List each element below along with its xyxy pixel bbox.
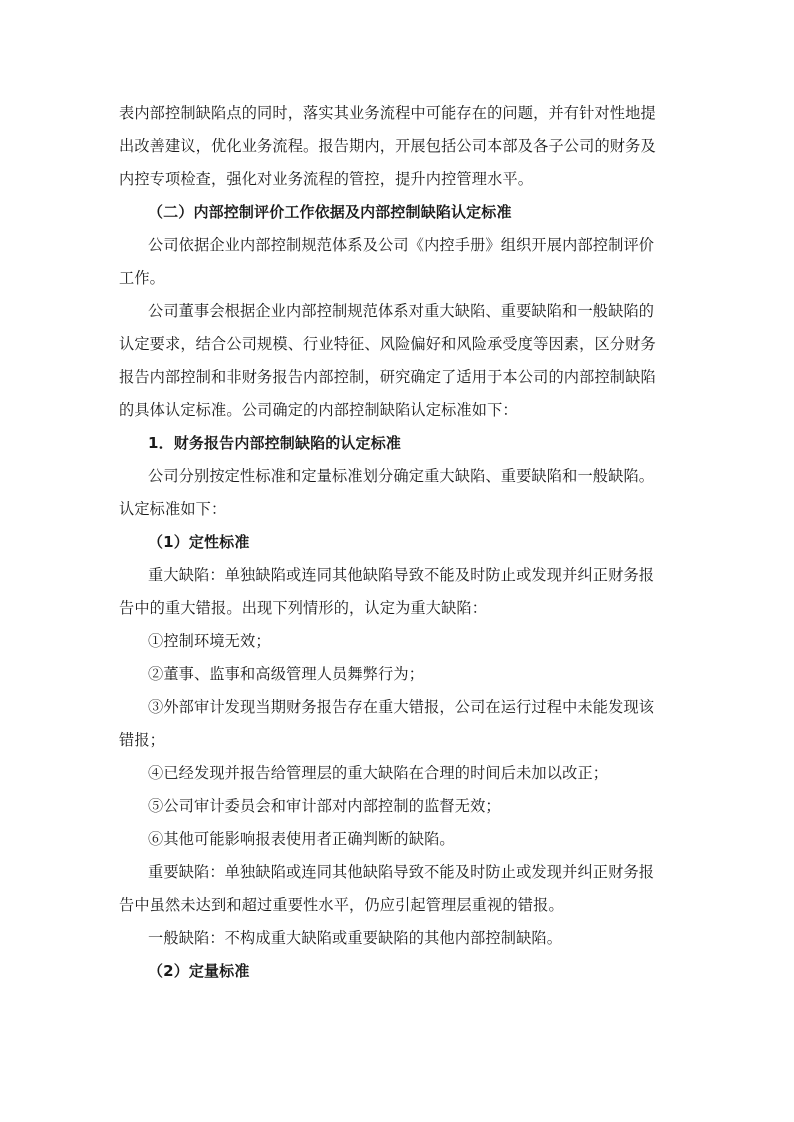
- paragraph-line: 认定要求，结合公司规模、行业特征、风险偏好和风险承受度等因素，区分财务: [119, 334, 679, 354]
- paragraph-line: 公司依据企业内部控制规范体系及公司《内控手册》组织开展内部控制评价: [148, 235, 708, 255]
- paragraph-line: 内控专项检查，强化对业务流程的管控，提升内控管理水平。: [119, 169, 679, 189]
- list-item: ②董事、监事和高级管理人员舞弊行为；: [148, 664, 708, 684]
- list-item: ⑤公司审计委员会和审计部对内部控制的监督无效；: [148, 796, 708, 816]
- paragraph-line: 一般缺陷：不构成重大缺陷或重要缺陷的其他内部控制缺陷。: [148, 928, 708, 948]
- paragraph-line: 报告内部控制和非财务报告内部控制，研究确定了适用于本公司的内部控制缺陷: [119, 367, 679, 387]
- paragraph-line: 告中的重大错报。出现下列情形的，认定为重大缺陷：: [119, 598, 679, 618]
- paragraph-line: 重大缺陷：单独缺陷或连同其他缺陷导致不能及时防止或发现并纠正财务报: [148, 565, 708, 585]
- paragraph-line: 表内部控制缺陷点的同时，落实其业务流程中可能存在的问题，并有针对性地提: [119, 103, 679, 123]
- paragraph-line: 告中虽然未达到和超过重要性水平，仍应引起管理层重视的错报。: [119, 895, 679, 915]
- document-page: 表内部控制缺陷点的同时，落实其业务流程中可能存在的问题，并有针对性地提 出改善建…: [0, 0, 794, 1122]
- list-item: ①控制环境无效；: [148, 631, 708, 651]
- list-item: ③外部审计发现当期财务报告存在重大错报，公司在运行过程中未能发现该: [148, 697, 708, 717]
- subsection-heading: 1．财务报告内部控制缺陷的认定标准: [148, 433, 708, 453]
- paragraph-line: 工作。: [119, 268, 679, 288]
- paragraph-line: 出改善建议，优化业务流程。报告期内，开展包括公司本部及各子公司的财务及: [119, 136, 679, 156]
- paragraph-line: 公司董事会根据企业内部控制规范体系对重大缺陷、重要缺陷和一般缺陷的: [148, 301, 708, 321]
- list-item-continued: 错报；: [119, 730, 679, 750]
- subsection-heading: （2）定量标准: [148, 961, 708, 981]
- list-item: ④已经发现并报告给管理层的重大缺陷在合理的时间后未加以改正；: [148, 763, 708, 783]
- list-item: ⑥其他可能影响报表使用者正确判断的缺陷。: [148, 829, 708, 849]
- paragraph-line: 公司分别按定性标准和定量标准划分确定重大缺陷、重要缺陷和一般缺陷。: [148, 466, 708, 486]
- subsection-heading: （1）定性标准: [148, 532, 708, 552]
- paragraph-line: 的具体认定标准。公司确定的内部控制缺陷认定标准如下：: [119, 400, 679, 420]
- paragraph-line: 重要缺陷：单独缺陷或连同其他缺陷导致不能及时防止或发现并纠正财务报: [148, 862, 708, 882]
- paragraph-line: 认定标准如下：: [119, 499, 679, 519]
- section-heading: （二）内部控制评价工作依据及内部控制缺陷认定标准: [148, 202, 708, 222]
